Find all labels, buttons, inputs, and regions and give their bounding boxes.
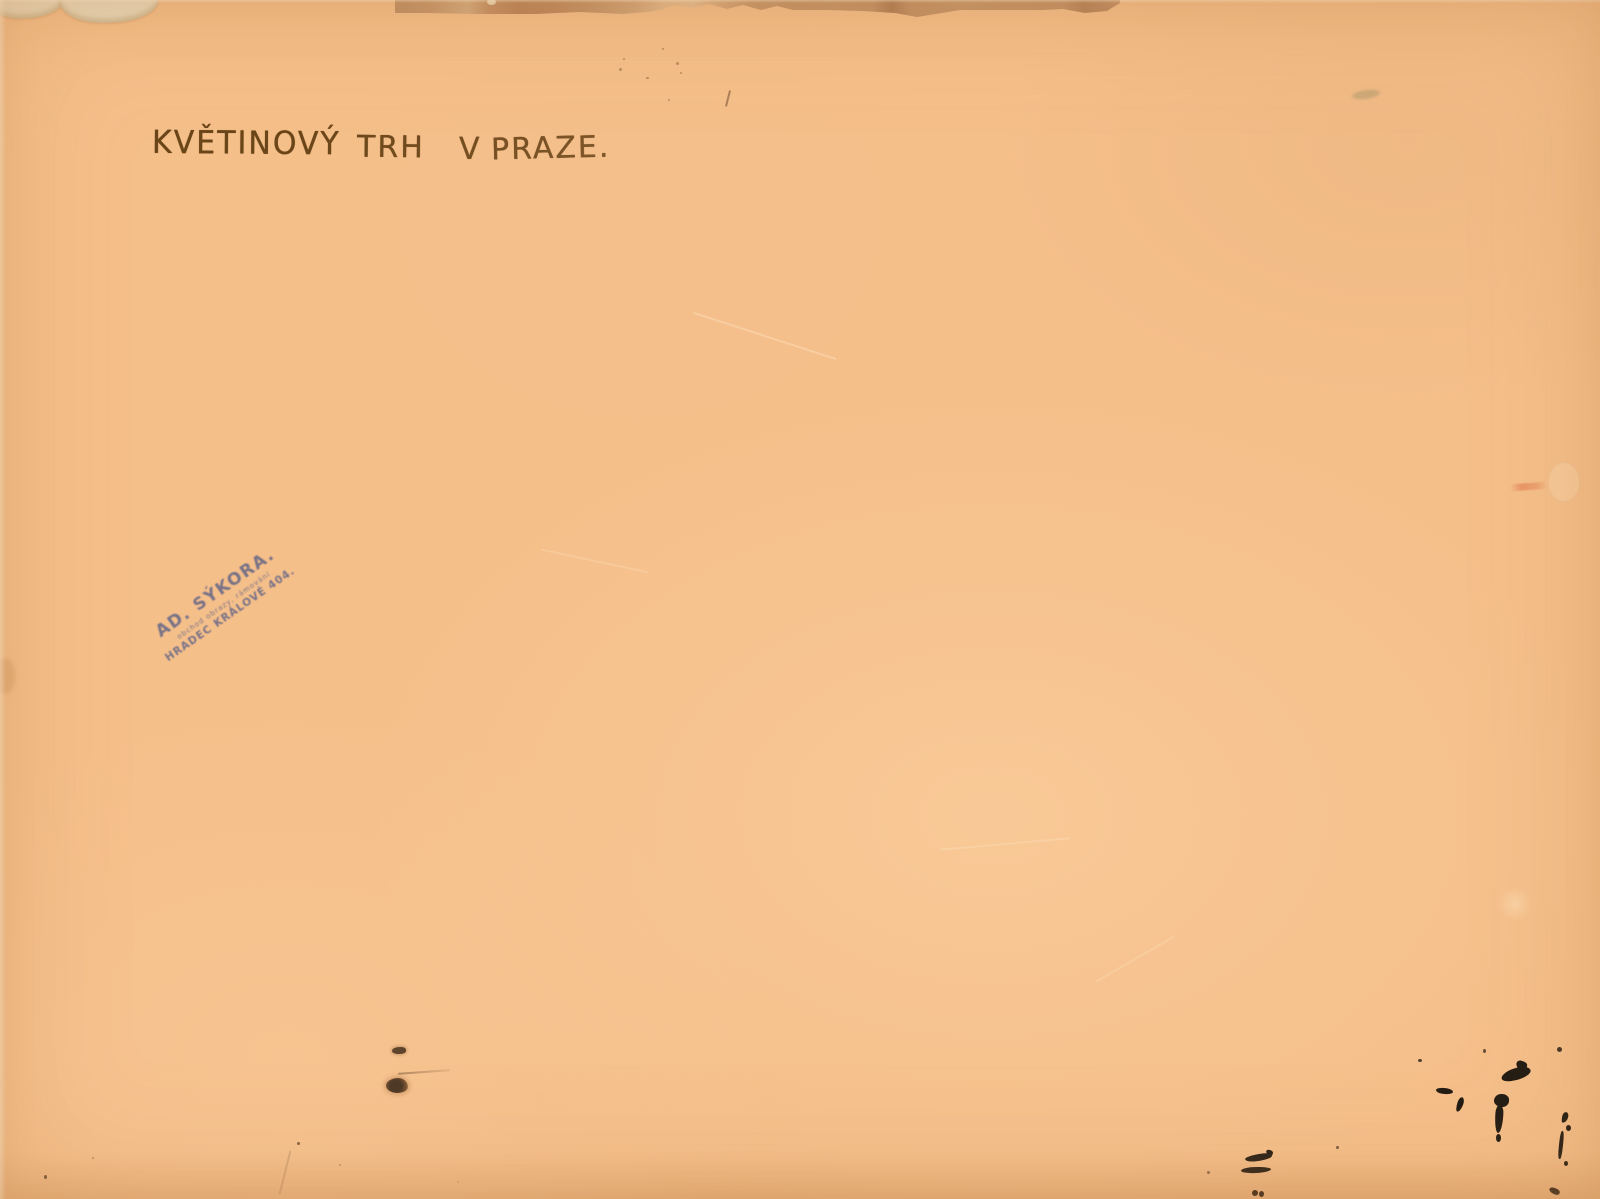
dealer-stamp: AD. SÝKORA. obchod obrazy, rámování HRAD… [146, 541, 298, 665]
ink-splatter [1548, 1186, 1561, 1196]
paper-speck [680, 72, 682, 74]
paper-speck [297, 1142, 300, 1145]
ink-spot [386, 1078, 408, 1093]
scratch-mark [541, 549, 649, 573]
light-spot-ring [1548, 462, 1580, 502]
ink-splatter [1455, 1096, 1465, 1112]
scratch-mark [279, 1150, 291, 1194]
paper-scratch-mark [725, 90, 731, 107]
ink-speck [1336, 1146, 1339, 1149]
ink-drip-dot [1496, 1134, 1501, 1142]
top-edge-highlight [0, 0, 1600, 3]
scratch-mark [940, 837, 1070, 850]
green-pigment-smudge [1352, 88, 1381, 101]
ink-speck [1259, 1191, 1264, 1197]
ink-speck [1483, 1049, 1486, 1053]
handwritten-title: KVĚTINOVÝ TRH V PRAZE. [152, 126, 672, 180]
ink-splatter [1500, 1065, 1532, 1084]
paper-speck [646, 77, 649, 79]
ink-speck [1557, 1047, 1562, 1052]
paper-speck [457, 1181, 459, 1183]
paper-speck [623, 58, 625, 60]
ink-splatter [1566, 1125, 1571, 1131]
ink-splatter [1564, 1161, 1568, 1166]
scratch-mark [693, 312, 836, 360]
water-spot [1496, 888, 1534, 920]
ink-speck [1207, 1171, 1210, 1174]
title-word: TRH [357, 130, 425, 166]
scratch-mark [1096, 936, 1175, 982]
left-edge-highlight [0, 0, 6, 1199]
ink-splatter [1561, 1111, 1569, 1123]
paper-speck [662, 48, 664, 50]
ink-splatter [1436, 1087, 1454, 1095]
ink-speck [1418, 1059, 1422, 1062]
paper-speck [668, 99, 670, 101]
ink-dash [1241, 1166, 1271, 1174]
paper-speck [339, 1164, 341, 1166]
paper-remnant-patch [59, 0, 158, 25]
artwork-verso-photo: KVĚTINOVÝ TRH V PRAZE. AD. SÝKORA. obcho… [0, 0, 1600, 1199]
red-pigment-smudge [1510, 482, 1548, 492]
title-word: KVĚTINOVÝ [152, 124, 341, 162]
ink-spot [392, 1047, 406, 1054]
ink-splatter [1558, 1131, 1565, 1159]
paper-speck [676, 62, 679, 65]
paper-speck [44, 1175, 47, 1179]
scratch-mark [398, 1069, 450, 1075]
paper-speck [619, 68, 622, 71]
ink-speck [1252, 1190, 1258, 1196]
title-word: V [459, 132, 482, 167]
ink-drip [1494, 1105, 1504, 1133]
title-word: PRAZE. [491, 130, 611, 168]
paper-speck [92, 1157, 94, 1159]
